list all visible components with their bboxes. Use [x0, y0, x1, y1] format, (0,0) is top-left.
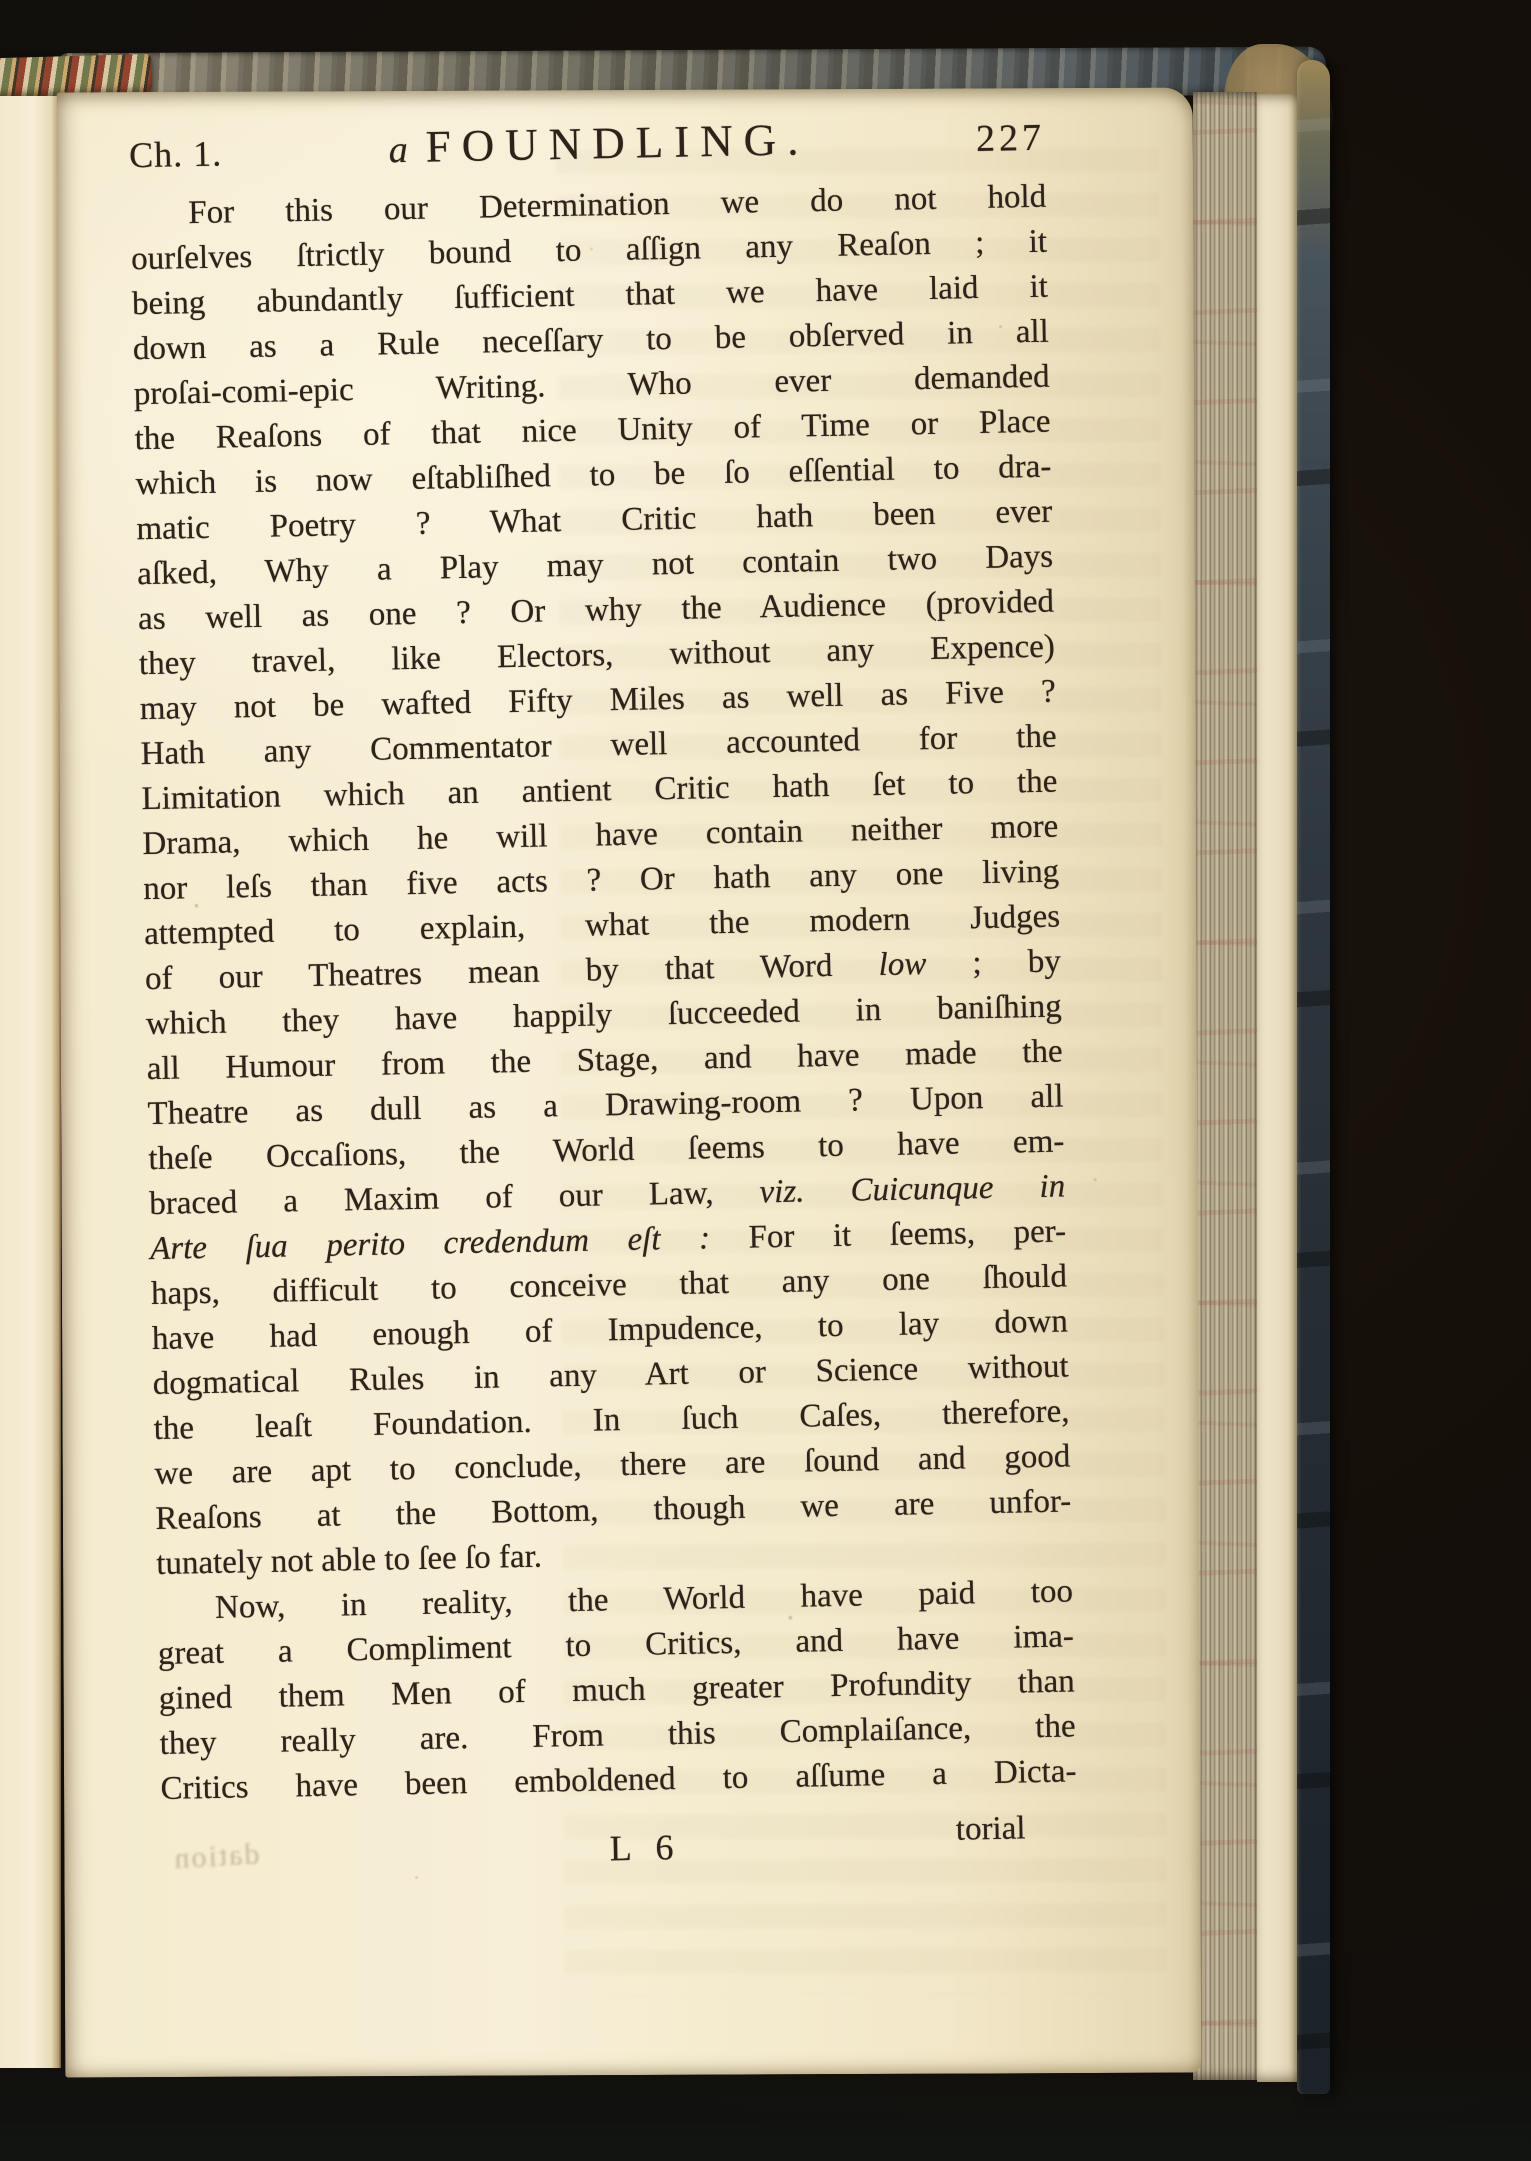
- endpaper-edge: [1257, 94, 1297, 2082]
- title-article: a: [388, 129, 408, 171]
- title-text: FOUNDLING.: [425, 114, 810, 171]
- signature-mark: L 6: [609, 1826, 681, 1869]
- book-cover-edge: [1297, 60, 1330, 2094]
- book-fore-edge-pages: [1193, 92, 1257, 2080]
- printed-text-block: Ch. 1. aFOUNDLING. 227 For this our Dete…: [129, 109, 1078, 1864]
- text-lines: For this our Determination we do not hol…: [130, 175, 1077, 1812]
- chapter-label: Ch. 1.: [129, 132, 223, 176]
- show-through-ghost-word: dation: [171, 1837, 260, 1876]
- book-page: Ch. 1. aFOUNDLING. 227 For this our Dete…: [57, 88, 1202, 2078]
- running-header: Ch. 1. aFOUNDLING. 227: [129, 109, 1046, 179]
- running-title: aFOUNDLING.: [222, 110, 977, 176]
- page-number: 227: [976, 116, 1046, 161]
- photo-of-book-page: { "header": { "chapter": "Ch. 1.", "titl…: [0, 0, 1531, 2161]
- facing-page-sliver: [0, 96, 61, 2068]
- catchword: torial: [955, 1810, 1025, 1848]
